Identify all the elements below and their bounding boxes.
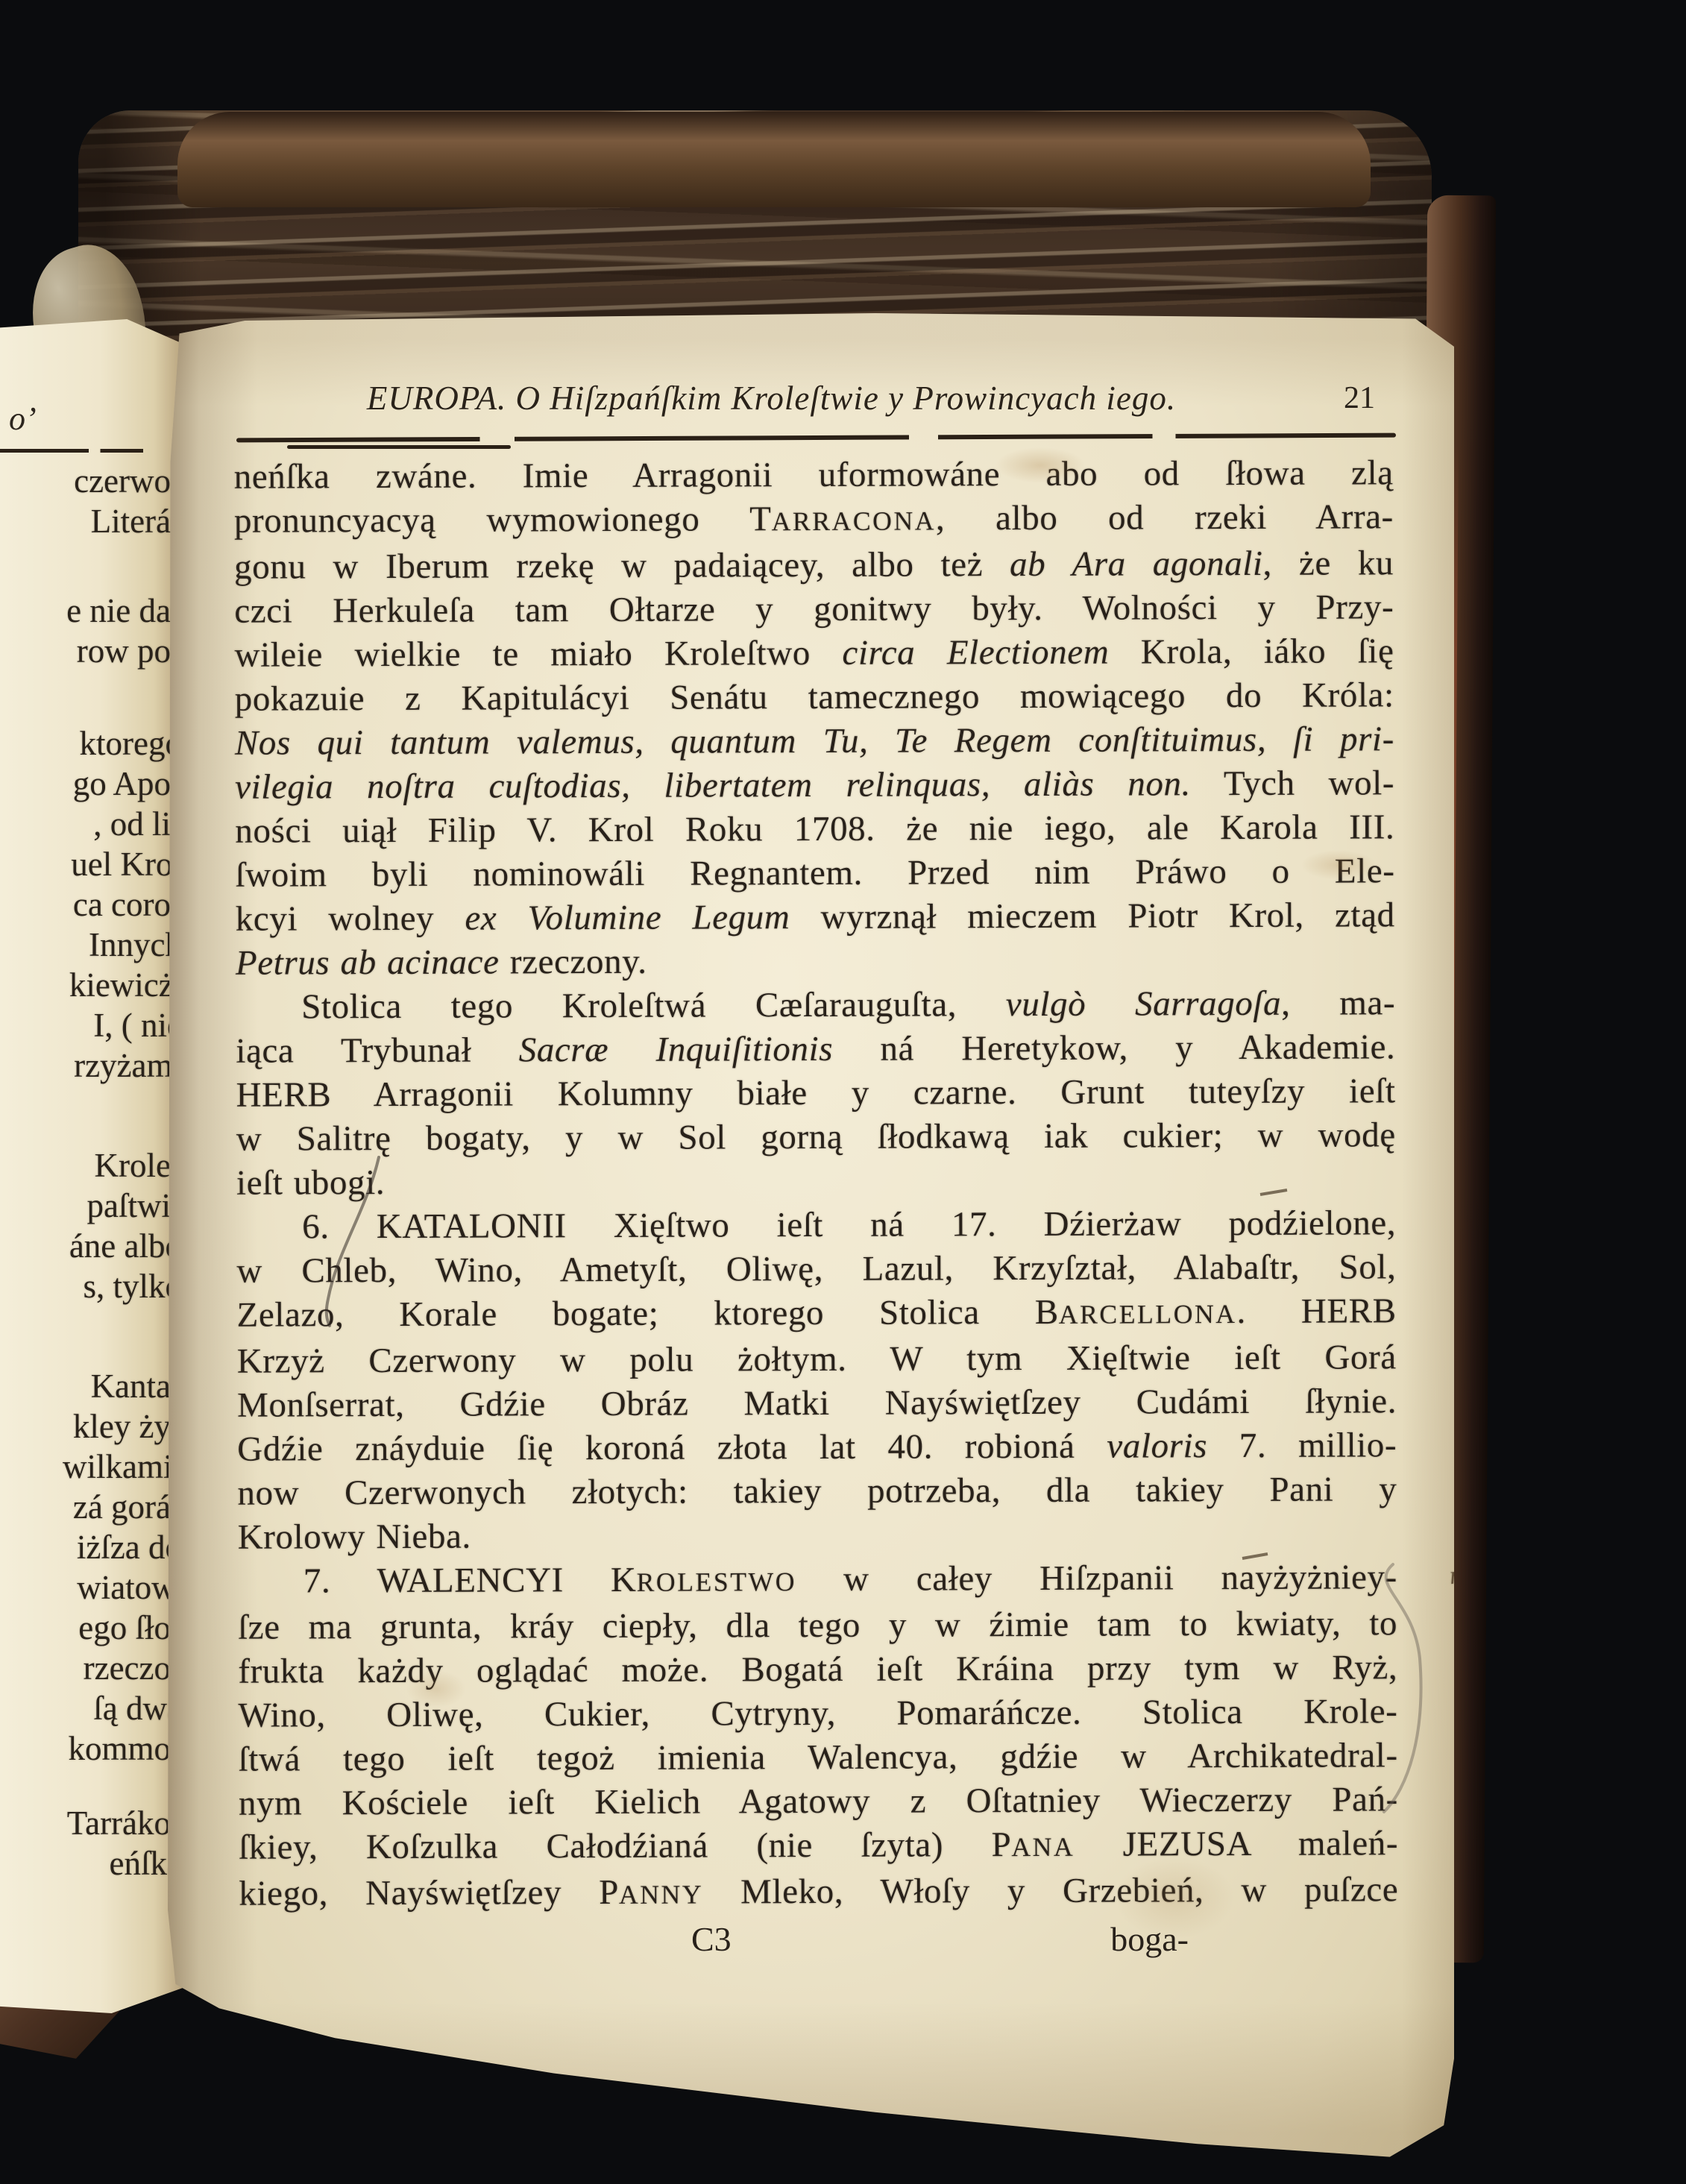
catchword: boga-	[1110, 1919, 1189, 1959]
verso-text-line: go Apo-	[0, 764, 182, 804]
verso-text-line: Literá-	[0, 501, 182, 541]
verso-page-partial: o’ czerwo-Literá-e nie da-row po-ktorego…	[0, 319, 192, 2013]
verso-text-line: iżſza do	[0, 1527, 182, 1567]
text-line: ſwoim byli nominowáli Regnantem. Przed n…	[235, 849, 1394, 897]
text-line: ieſt ubogi.	[236, 1157, 1396, 1205]
verso-text-line: Krole-	[0, 1145, 182, 1186]
text-line: ſze ma grunta, kráy ciepły, dla tego y w…	[238, 1602, 1397, 1649]
text-line: pokazuie z Kapitulácyi Senátu tamecznego…	[235, 673, 1394, 721]
text-line: neńſka zwáne. Imie Arragonii uformowáne …	[234, 451, 1394, 499]
text-line: Wino, Oliwę, Cukier, Cytryny, Pomaráńcze…	[238, 1690, 1397, 1737]
text-line: 7. WALENCYI Krolestwo w całey Hiſzpanii …	[238, 1555, 1397, 1605]
text-line: vilegia noſtra cuſtodias, libertatem rel…	[235, 761, 1394, 809]
text-line: w Chleb, Wino, Ametyſt, Oliwę, Lazul, Kr…	[236, 1245, 1396, 1293]
text-line: 6. KATALONII Xięſtwo ieſt ná 17. Dźierża…	[236, 1201, 1396, 1249]
text-line: Stolica tego Kroleſtwá Cæſarauguſta, vul…	[236, 981, 1395, 1029]
text-line: ności uiął Filip V. Krol Roku 1708. że n…	[235, 805, 1394, 853]
text-line: kcyi wolney ex Volumine Legum wyrznął mi…	[236, 893, 1395, 941]
verso-text-fragments: czerwo-Literá-e nie da-row po-ktoregogo …	[0, 461, 182, 1884]
verso-text-line: zá gorá-	[0, 1487, 182, 1527]
text-line: nym Kościele ieſt Kielich Agatowy z Oſta…	[239, 1778, 1398, 1825]
verso-text-line: kiewicż.	[0, 965, 182, 1005]
text-line: w Salitrę bogaty, y w Sol gorną ſłodkawą…	[236, 1113, 1396, 1161]
verso-text-line: ſą dwá	[0, 1688, 182, 1728]
verso-text-line: rzeczo-	[0, 1648, 182, 1688]
text-line: Petrus ab acinace rzeczony.	[236, 937, 1395, 985]
page-footer: C3 boga-	[236, 1919, 1396, 1964]
text-line: now Czerwonych złotych: takiey potrzeba,…	[237, 1467, 1397, 1515]
verso-text-line: eńſka	[0, 1843, 182, 1884]
body-text: neńſka zwáne. Imie Arragonii uformowáne …	[234, 451, 1399, 1918]
verso-text-line: e nie da-	[0, 591, 182, 631]
verso-text-line: Innych	[0, 925, 182, 965]
text-line: ſkiey, Koſzulka Całodźianá (nie ſzyta) P…	[239, 1822, 1398, 1872]
verso-text-line: kommo-	[0, 1728, 182, 1769]
book-photo-scene: o’ czerwo-Literá-e nie da-row po-ktorego…	[0, 0, 1686, 2184]
verso-text-line: uel Krol	[0, 844, 182, 884]
verso-text-line: I, ( nie	[0, 1005, 182, 1045]
verso-text-line: ktorego	[0, 723, 182, 764]
verso-text-line: wilkami:	[0, 1447, 182, 1487]
text-line: Krolowy Nieba.	[238, 1511, 1397, 1559]
verso-text-line: wiatow,	[0, 1567, 182, 1608]
book-spine-top	[177, 112, 1371, 207]
text-line: Zelazo, Korale bogate; ktorego Stolica B…	[237, 1289, 1397, 1339]
text-line: czci Herkuleſa tam Ołtarze y gonitwy był…	[234, 585, 1394, 633]
text-line: pronuncyacyą wymowionego Tarracona, albo…	[234, 495, 1394, 545]
page-number: 21	[1344, 380, 1375, 416]
header-rule	[236, 433, 1396, 443]
text-line: wileie wielkie te miało Kroleſtwo circa …	[234, 629, 1394, 677]
verso-header-rule	[0, 449, 143, 453]
text-line: Gdźie znáyduie ſię koroná złota lat 40. …	[237, 1423, 1397, 1471]
text-line: kiego, Nayświętſzey Panny Mleko, Włoſy y…	[239, 1868, 1398, 1918]
header-rule-fragment	[287, 445, 511, 449]
verso-text-line: áne albo	[0, 1226, 182, 1266]
verso-text-line: czerwo-	[0, 461, 182, 501]
verso-text-line: s, tylko	[0, 1266, 182, 1306]
text-line: gonu w Iberum rzekę w padaiącey, albo te…	[234, 541, 1394, 589]
verso-text-line: paſtwi-	[0, 1186, 182, 1226]
text-line: frukta każdy oglądać może. Bogatá ieſt K…	[238, 1646, 1397, 1693]
text-line: Nos qui tantum valemus, quantum Tu, Te R…	[235, 717, 1394, 765]
verso-text-line: ca coro-	[0, 884, 182, 925]
text-line: Monſserrat, Gdźie Obráz Matki Nayświętſz…	[237, 1379, 1397, 1427]
recto-page: EUROPA. O Hiſzpańſkim Kroleſtwie y Prowi…	[168, 313, 1454, 2170]
verso-header-fragment: o’	[9, 400, 37, 438]
verso-text-line: , od li-	[0, 804, 182, 844]
verso-text-line: ego ſło-	[0, 1608, 182, 1648]
verso-text-line: Tarráko-	[0, 1803, 182, 1843]
text-line: Krzyż Czerwony w polu żołtym. W tym Xięſ…	[237, 1335, 1397, 1383]
signature-mark: C3	[691, 1919, 732, 1959]
text-line: HERB Arragonii Kolumny białe y czarne. G…	[236, 1069, 1395, 1117]
text-line: ſtwá tego ieſt tegoż imienia Walencya, g…	[239, 1734, 1398, 1781]
page-header: EUROPA. O Hiſzpańſkim Kroleſtwie y Prowi…	[236, 379, 1396, 422]
running-title: EUROPA. O Hiſzpańſkim Kroleſtwie y Prowi…	[259, 379, 1284, 418]
verso-text-line: rzyżami	[0, 1045, 182, 1086]
text-line: iąca Trybunał Sacræ Inquiſitionis ná Her…	[236, 1025, 1395, 1073]
verso-text-line: Kanta-	[0, 1366, 182, 1406]
verso-text-line: kley ży-	[0, 1406, 182, 1447]
verso-text-line: row po-	[0, 631, 182, 671]
